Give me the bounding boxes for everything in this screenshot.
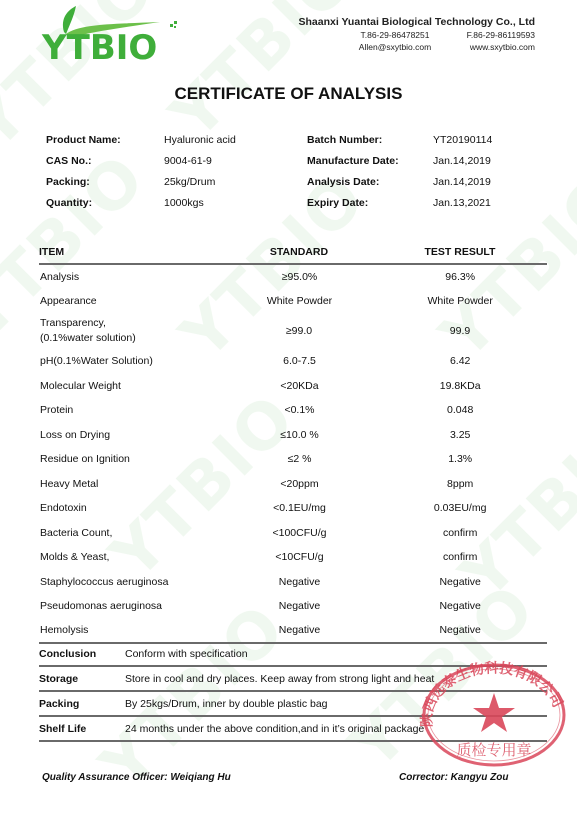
row-result: 19.8KDa (373, 380, 547, 392)
row-item: Pseudomonas aeruginosa (39, 600, 226, 612)
analysis-table: ITEM STANDARD TEST RESULT Analysis≥95.0%… (39, 246, 547, 644)
column-header-standard: STANDARD (225, 246, 373, 258)
summary-label: Packing (39, 698, 125, 710)
summary-table: Conclusion Conform with specification St… (39, 642, 547, 742)
table-row: AppearanceWhite PowderWhite Powder (39, 289, 547, 313)
summary-row-shelf-life: Shelf Life 24 months under the above con… (39, 717, 547, 742)
row-item: Protein (39, 404, 226, 416)
row-item: Hemolysis (39, 624, 226, 636)
row-standard: <10CFU/g (226, 551, 374, 563)
row-standard: ≥95.0% (226, 271, 374, 283)
column-header-item: ITEM (39, 246, 225, 258)
row-standard: Negative (226, 600, 374, 612)
table-row: pH(0.1%Water Solution)6.0-7.56.42 (39, 349, 547, 373)
row-result: Negative (373, 576, 547, 588)
info-row: CAS No.: 9004-61-9 Manufacture Date: Jan… (46, 150, 546, 171)
table-row: HemolysisNegativeNegative (39, 618, 547, 642)
qa-officer-signature: Quality Assurance Officer: Weiqiang Hu (42, 772, 231, 783)
summary-label: Storage (39, 673, 125, 685)
row-item: Transparency,(0.1%water solution) (39, 316, 225, 346)
info-value: 9004-61-9 (164, 155, 307, 167)
info-value: Jan.14,2019 (433, 176, 543, 188)
company-logo: YTBIO (40, 4, 190, 64)
table-row: Loss on Drying≤10.0 %3.25 (39, 422, 547, 447)
row-result: 0.048 (373, 404, 547, 416)
row-item: Endotoxin (39, 502, 226, 514)
row-item: Loss on Drying (39, 429, 226, 441)
row-result: 96.3% (373, 271, 547, 283)
document-title: CERTIFICATE OF ANALYSIS (0, 84, 577, 104)
stamp-label: 质检专用章 (456, 741, 531, 759)
table-row: Staphylococcus aeruginosaNegativeNegativ… (39, 569, 547, 594)
info-label: CAS No.: (46, 155, 164, 167)
table-row: Protein<0.1%0.048 (39, 398, 547, 422)
info-label: Product Name: (46, 134, 164, 146)
leaf-logo-icon: YTBIO (40, 4, 190, 64)
info-row: Packing: 25kg/Drum Analysis Date: Jan.14… (46, 171, 546, 192)
row-result: confirm (373, 527, 547, 539)
info-label: Quantity: (46, 197, 164, 209)
row-item: Staphylococcus aeruginosa (39, 576, 226, 588)
row-result: confirm (373, 551, 547, 563)
row-standard: ≤2 % (226, 453, 374, 465)
row-standard: ≤10.0 % (226, 429, 374, 441)
summary-value: Store in cool and dry places. Keep away … (125, 673, 547, 685)
table-row: Molds & Yeast,<10CFU/gconfirm (39, 545, 547, 569)
row-result: 99.9 (373, 325, 547, 337)
svg-text:YTBIO: YTBIO (41, 28, 157, 64)
info-row: Quantity: 1000kgs Expiry Date: Jan.13,20… (46, 192, 546, 213)
row-result: 3.25 (373, 429, 547, 441)
row-item: Analysis (39, 271, 226, 283)
table-row: Endotoxin<0.1EU/mg0.03EU/mg (39, 496, 547, 520)
info-value: Jan.13,2021 (433, 197, 543, 209)
row-standard: 6.0-7.5 (226, 355, 374, 367)
summary-label: Shelf Life (39, 723, 125, 735)
row-standard: White Powder (226, 295, 374, 307)
row-standard: <20ppm (226, 478, 374, 490)
row-standard: <20KDa (226, 380, 374, 392)
row-result: 6.42 (373, 355, 547, 367)
table-row: Residue on Ignition≤2 %1.3% (39, 447, 547, 471)
info-value: YT20190114 (433, 134, 543, 146)
row-standard: <100CFU/g (226, 527, 374, 539)
info-value: Hyaluronic acid (164, 134, 307, 146)
row-standard: ≥99.0 (225, 325, 373, 337)
company-website[interactable]: www.sxytbio.com (445, 42, 535, 52)
company-email[interactable]: Allen@sxytbio.com (345, 42, 445, 52)
company-name: Shaanxi Yuantai Biological Technology Co… (275, 16, 535, 28)
info-label: Analysis Date: (307, 176, 433, 188)
table-row: Molecular Weight<20KDa19.8KDa (39, 373, 547, 398)
info-label: Packing: (46, 176, 164, 188)
company-phone: T.86-29-86478251 (345, 30, 445, 40)
summary-value: By 25kgs/Drum, inner by double plastic b… (125, 698, 547, 710)
row-standard: <0.1EU/mg (226, 502, 374, 514)
company-info: Shaanxi Yuantai Biological Technology Co… (275, 16, 535, 52)
table-row: Pseudomonas aeruginosaNegativeNegative (39, 594, 547, 618)
column-header-result: TEST RESULT (373, 246, 547, 258)
company-fax: F.86-29-86119593 (445, 30, 535, 40)
row-standard: <0.1% (226, 404, 374, 416)
summary-value: 24 months under the above condition,and … (125, 723, 547, 735)
row-item: Bacteria Count, (39, 527, 226, 539)
info-value: 1000kgs (164, 197, 307, 209)
table-row: Transparency,(0.1%water solution)≥99.099… (39, 313, 547, 349)
info-label: Manufacture Date: (307, 155, 433, 167)
info-label: Batch Number: (307, 134, 433, 146)
product-info: Product Name: Hyaluronic acid Batch Numb… (46, 129, 546, 213)
row-item: pH(0.1%Water Solution) (39, 355, 226, 367)
info-label: Expiry Date: (307, 197, 433, 209)
row-result: 0.03EU/mg (373, 502, 547, 514)
row-item: Molds & Yeast, (39, 551, 226, 563)
info-row: Product Name: Hyaluronic acid Batch Numb… (46, 129, 546, 150)
row-result: Negative (373, 624, 547, 636)
row-standard: Negative (226, 576, 374, 588)
row-result: 1.3% (373, 453, 547, 465)
table-header: ITEM STANDARD TEST RESULT (39, 246, 547, 265)
row-item: Molecular Weight (39, 380, 226, 392)
summary-label: Conclusion (39, 648, 125, 660)
info-value: Jan.14,2019 (433, 155, 543, 167)
summary-row-packing: Packing By 25kgs/Drum, inner by double p… (39, 692, 547, 717)
table-row: Analysis≥95.0%96.3% (39, 265, 547, 289)
row-item: Heavy Metal (39, 478, 226, 490)
row-item: Appearance (39, 295, 226, 307)
table-row: Heavy Metal<20ppm8ppm (39, 471, 547, 496)
summary-row-conclusion: Conclusion Conform with specification (39, 642, 547, 667)
row-result: Negative (373, 600, 547, 612)
summary-value: Conform with specification (125, 648, 547, 660)
row-standard: Negative (226, 624, 374, 636)
info-value: 25kg/Drum (164, 176, 307, 188)
summary-row-storage: Storage Store in cool and dry places. Ke… (39, 667, 547, 692)
table-row: Bacteria Count,<100CFU/gconfirm (39, 520, 547, 545)
row-result: 8ppm (373, 478, 547, 490)
row-item: Residue on Ignition (39, 453, 226, 465)
corrector-signature: Corrector: Kangyu Zou (399, 772, 508, 783)
row-result: White Powder (373, 295, 547, 307)
